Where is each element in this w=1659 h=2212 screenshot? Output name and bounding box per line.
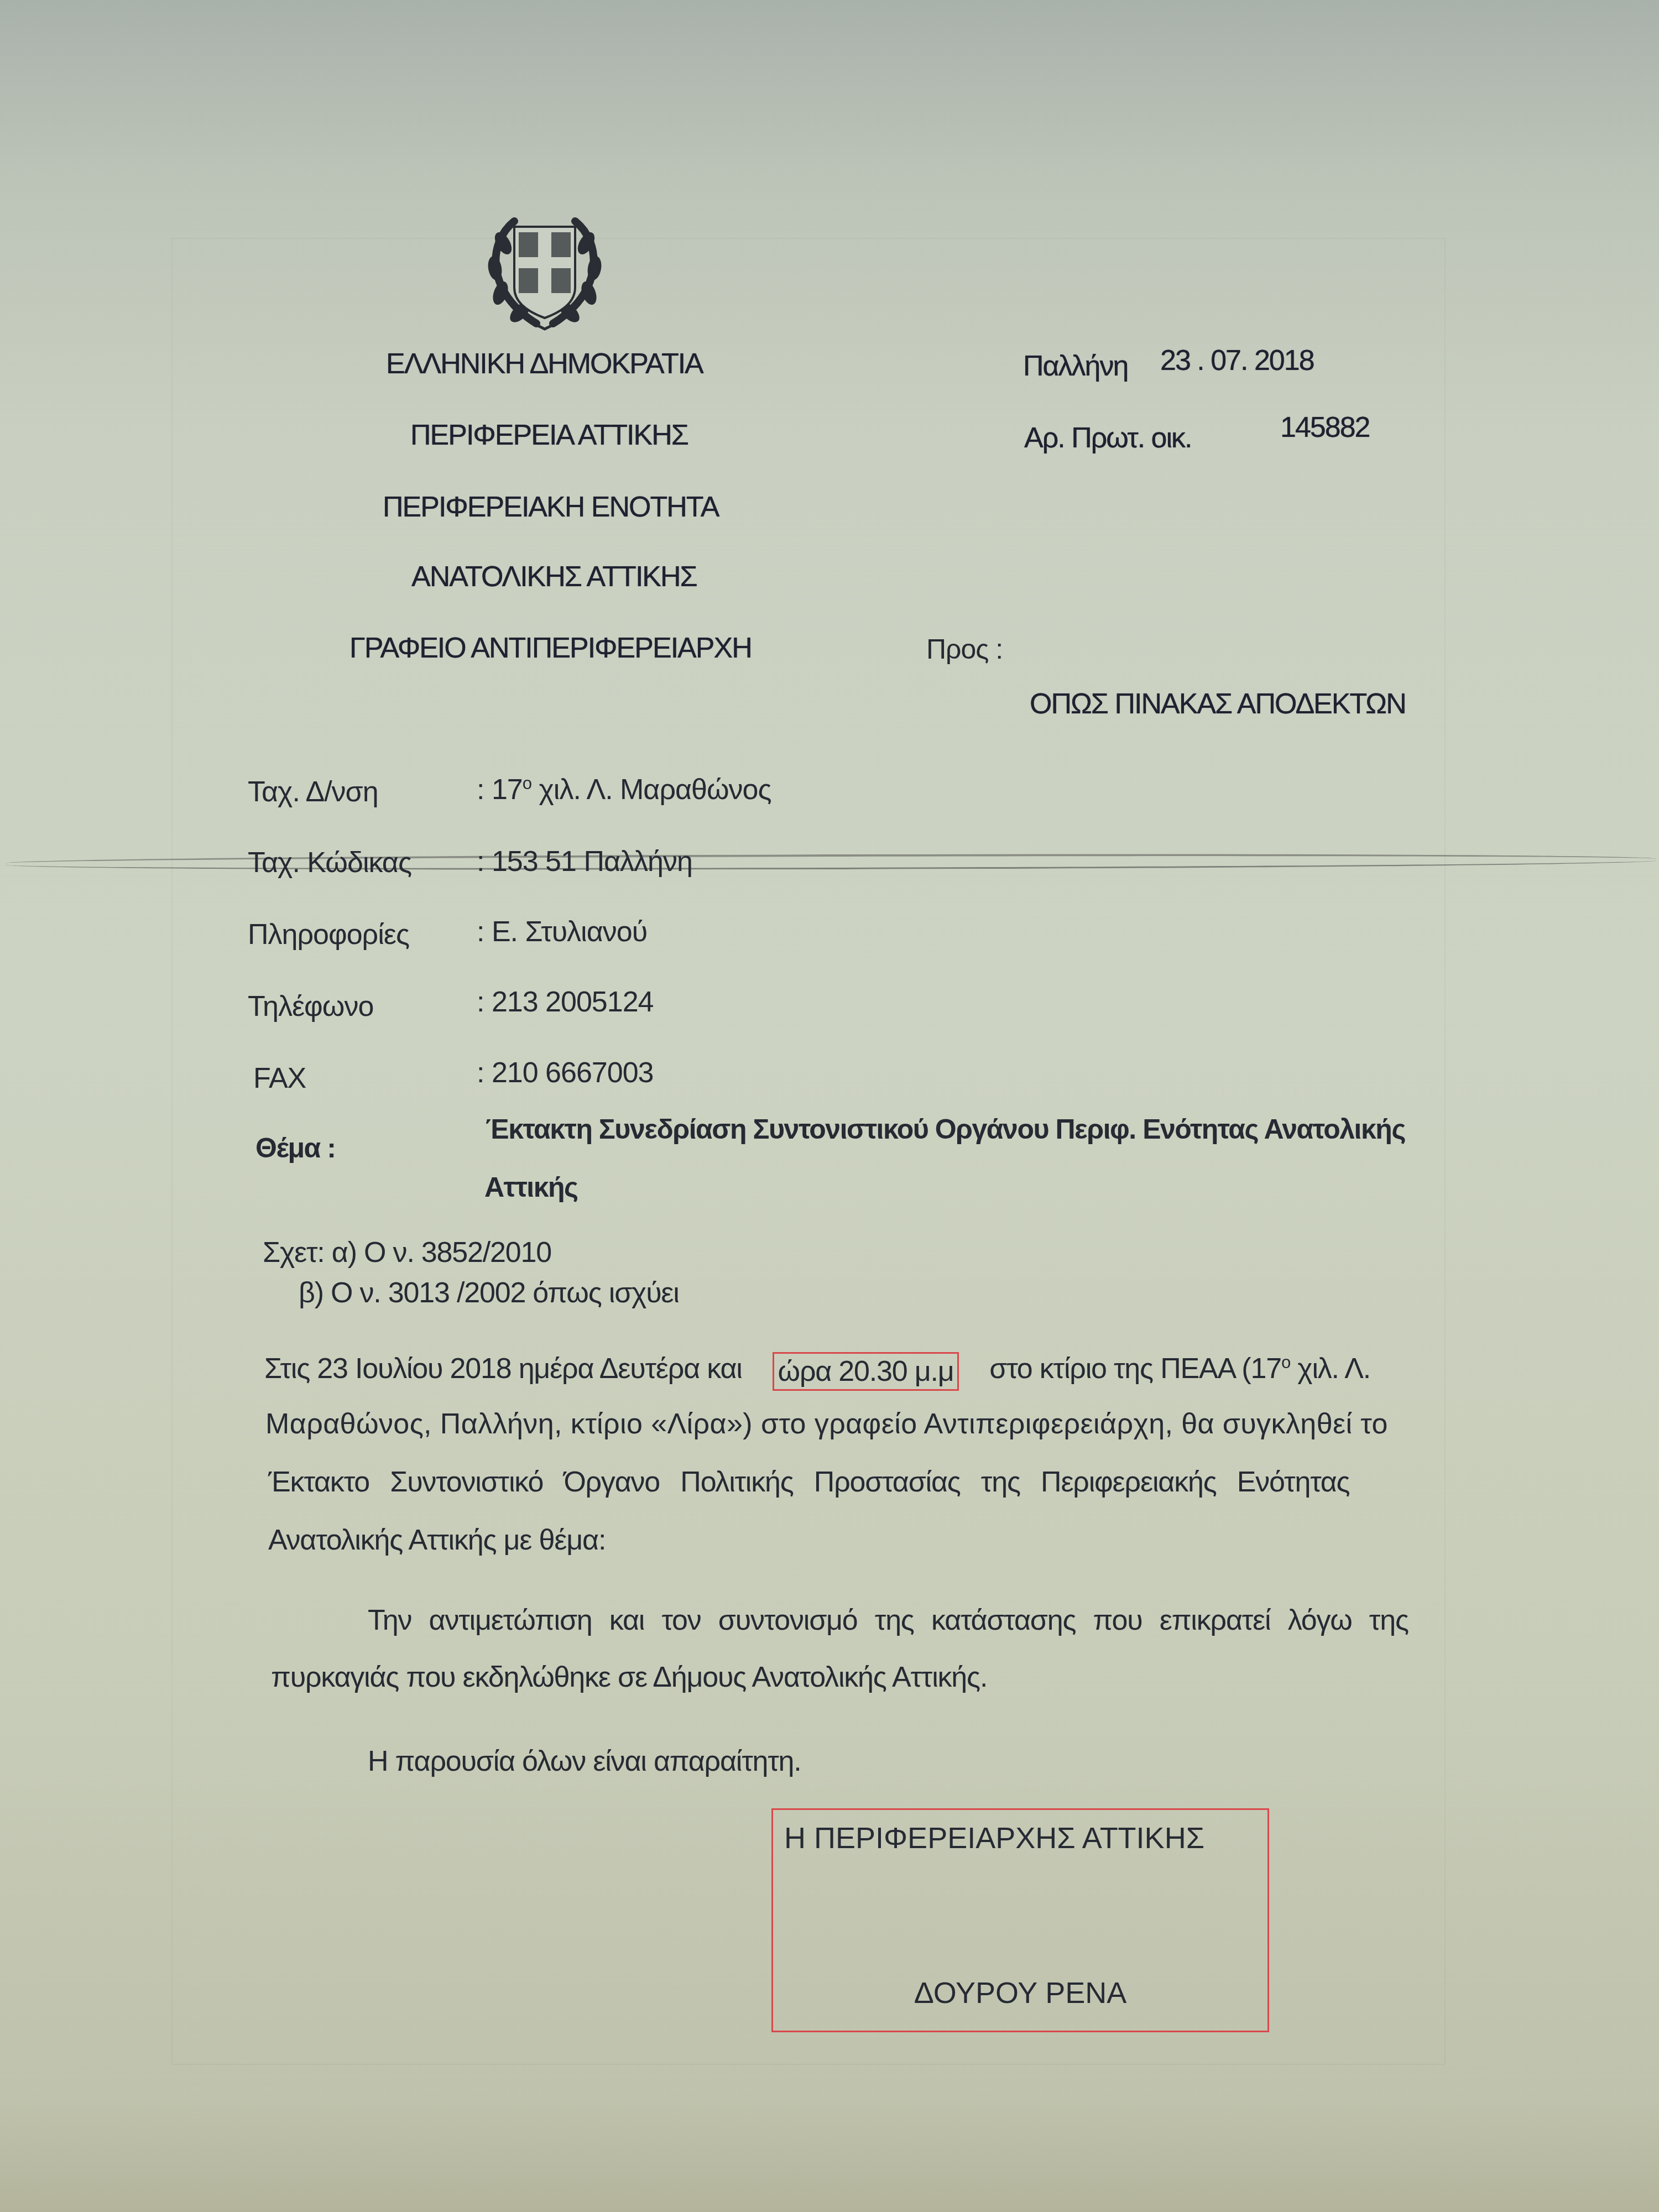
body-paragraph-1-line-1: Στις 23 Ιουλίου 2018 ημέρα Δευτέρα και ώ… [264,1352,1370,1391]
org-line-regional-unit: ΠΕΡΙΦΕΡΕΙΑΚΗ ΕΝΟΤΗΤΑ [383,491,718,524]
subject-label: Θέμα : [255,1132,335,1164]
recipients: ΟΠΩΣ ΠΙΝΑΚΑΣ ΑΠΟΔΕΚΤΩΝ [1030,687,1406,721]
bleed-through-table [171,238,1446,2065]
body-paragraph-1-line-2: Μαραθώνος, Παλλήνη, κτίριο «Λίρα») στο γ… [265,1407,1388,1441]
reference-line-2: β) Ο ν. 3013 /2002 όπως ισχύει [299,1276,679,1310]
postal-code-label: Ταχ. Κώδικας [248,846,411,879]
address-label: Ταχ. Δ/νση [248,775,378,808]
meeting-time-highlight: ώρα 20.30 μ.μ [773,1352,958,1391]
fax-label: FAX [253,1062,306,1095]
org-line-office: ΓΡΑΦΕΙΟ ΑΝΤΙΠΕΡΙΦΕΡΕΙΑΡΧΗ [349,632,752,665]
greek-coat-of-arms-icon [476,205,614,337]
signature-title: Η ΠΕΡΙΦΕΡΕΙΑΡΧΗΣ ΑΤΤΙΚΗΣ [784,1821,1204,1855]
subject-line-2: Αττικής [484,1171,578,1203]
body-paragraph-2-line-2: πυρκαγιάς που εκδηλώθηκε σε Δήμους Ανατο… [271,1661,987,1694]
body-paragraph-1-line-3: Έκτακτο Συντονιστικό Όργανο Πολιτικής Πρ… [268,1465,1349,1499]
protocol-number: 145882 [1280,411,1370,444]
body-paragraph-2-line-1: Την αντιμετώπιση και τον συντονισμό της … [368,1604,1408,1637]
reference-line-1: Σχετ: α) Ο ν. 3852/2010 [263,1236,551,1269]
org-line-republic: ΕΛΛΗΝΙΚΗ ΔΗΜΟΚΡΑΤΙΑ [386,347,703,380]
protocol-label: Αρ. Πρωτ. οικ. [1024,421,1192,455]
postal-code-value: : 153 51 Παλλήνη [477,845,692,878]
signature-name: ΔΟΥΡΟΥ ΡΕΝΑ [773,1976,1267,2010]
document-page: ΕΛΛΗΝΙΚΗ ΔΗΜΟΚΡΑΤΙΑ ΠΕΡΙΦΕΡΕΙΑ ΑΤΤΙΚΗΣ Π… [0,0,1659,2212]
signature-block: Η ΠΕΡΙΦΕΡΕΙΑΡΧΗΣ ΑΤΤΙΚΗΣ ΔΟΥΡΟΥ ΡΕΝΑ [771,1808,1269,2032]
to-label: Προς : [926,633,1003,665]
org-line-east-attica: ΑΝΑΤΟΛΙΚΗΣ ΑΤΤΙΚΗΣ [411,560,697,593]
document-date: 23 . 07. 2018 [1160,344,1314,377]
document-place: Παλλήνη [1023,349,1128,383]
info-value: : Ε. Στυλιανού [477,915,647,948]
body-paragraph-1-line-4: Ανατολικής Αττικής με θέμα: [268,1524,606,1557]
phone-label: Τηλέφωνο [248,990,373,1023]
phone-value: : 213 2005124 [477,985,654,1019]
body-paragraph-3: Η παρουσία όλων είναι απαραίτητη. [368,1745,801,1778]
org-line-region: ΠΕΡΙΦΕΡΕΙΑ ΑΤΤΙΚΗΣ [410,419,688,452]
address-value: : 17ο χιλ. Λ. Μαραθώνος [477,773,771,806]
subject-line-1: Έκτακτη Συνεδρίαση Συντονιστικού Οργάνου… [486,1113,1405,1145]
fax-value: : 210 6667003 [477,1056,654,1089]
info-label: Πληροφορίες [248,918,409,951]
